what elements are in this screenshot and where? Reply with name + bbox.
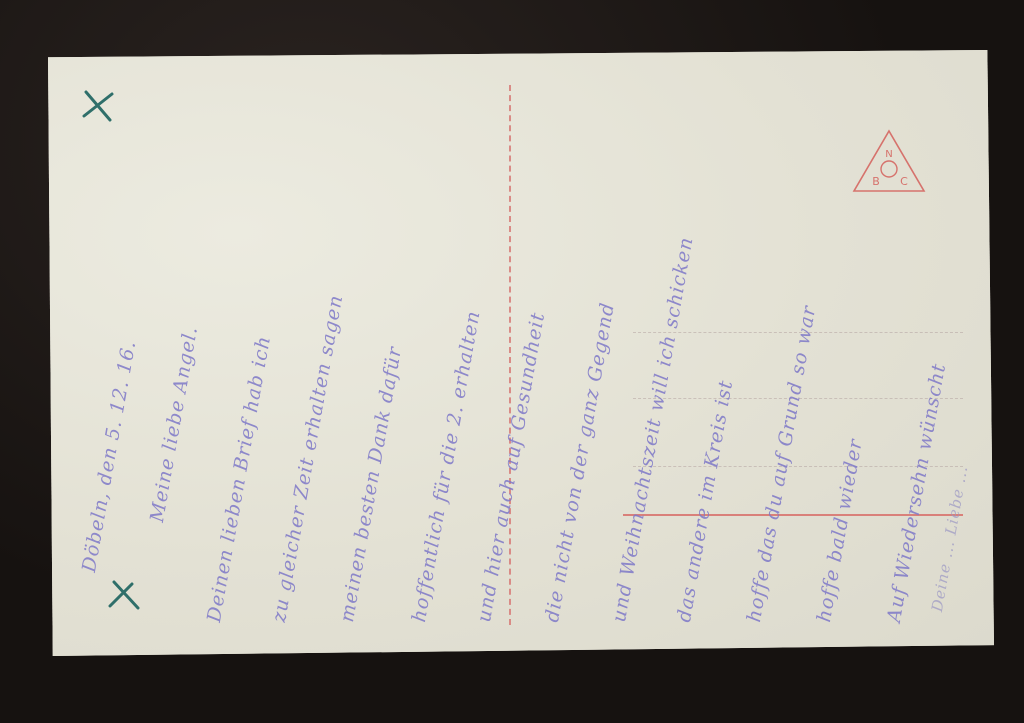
handwriting-line: das andere im Kreis ist — [673, 378, 737, 624]
svg-text:N: N — [885, 149, 892, 160]
handwriting-line: die nicht von der ganz Gegend — [541, 301, 619, 624]
postcard: N B C Döbeln, den 5. 12. 16. Meine liebe… — [48, 50, 994, 656]
svg-text:C: C — [900, 175, 908, 188]
handwriting-line: Deinen lieben Brief hab ich — [203, 334, 275, 624]
svg-text:B: B — [872, 175, 880, 188]
handwriting-line: hoffe bald wieder — [813, 437, 867, 624]
x-mark-top-icon — [78, 86, 118, 126]
handwriting-line: Meine liebe Angel. — [146, 324, 202, 523]
triangle-stamp-icon: N B C — [850, 127, 928, 195]
center-divider — [509, 85, 511, 625]
handwriting-line: hoffentlich für die 2. erhalten — [408, 309, 485, 624]
handwriting-line: und hier auch auf Gesundheit — [473, 310, 549, 624]
handwriting-line-faint: Deine ... Liebe ... — [928, 464, 971, 613]
x-mark-bottom-icon — [104, 574, 144, 614]
handwriting-line: hoffe das du auf Grund so war — [743, 304, 820, 624]
handwriting-line: meinen besten Dank dafür — [336, 345, 406, 624]
handwriting-line: zu gleicher Zeit erhalten sagen — [268, 293, 347, 624]
date-line: Döbeln, den 5. 12. 16. — [78, 339, 140, 574]
